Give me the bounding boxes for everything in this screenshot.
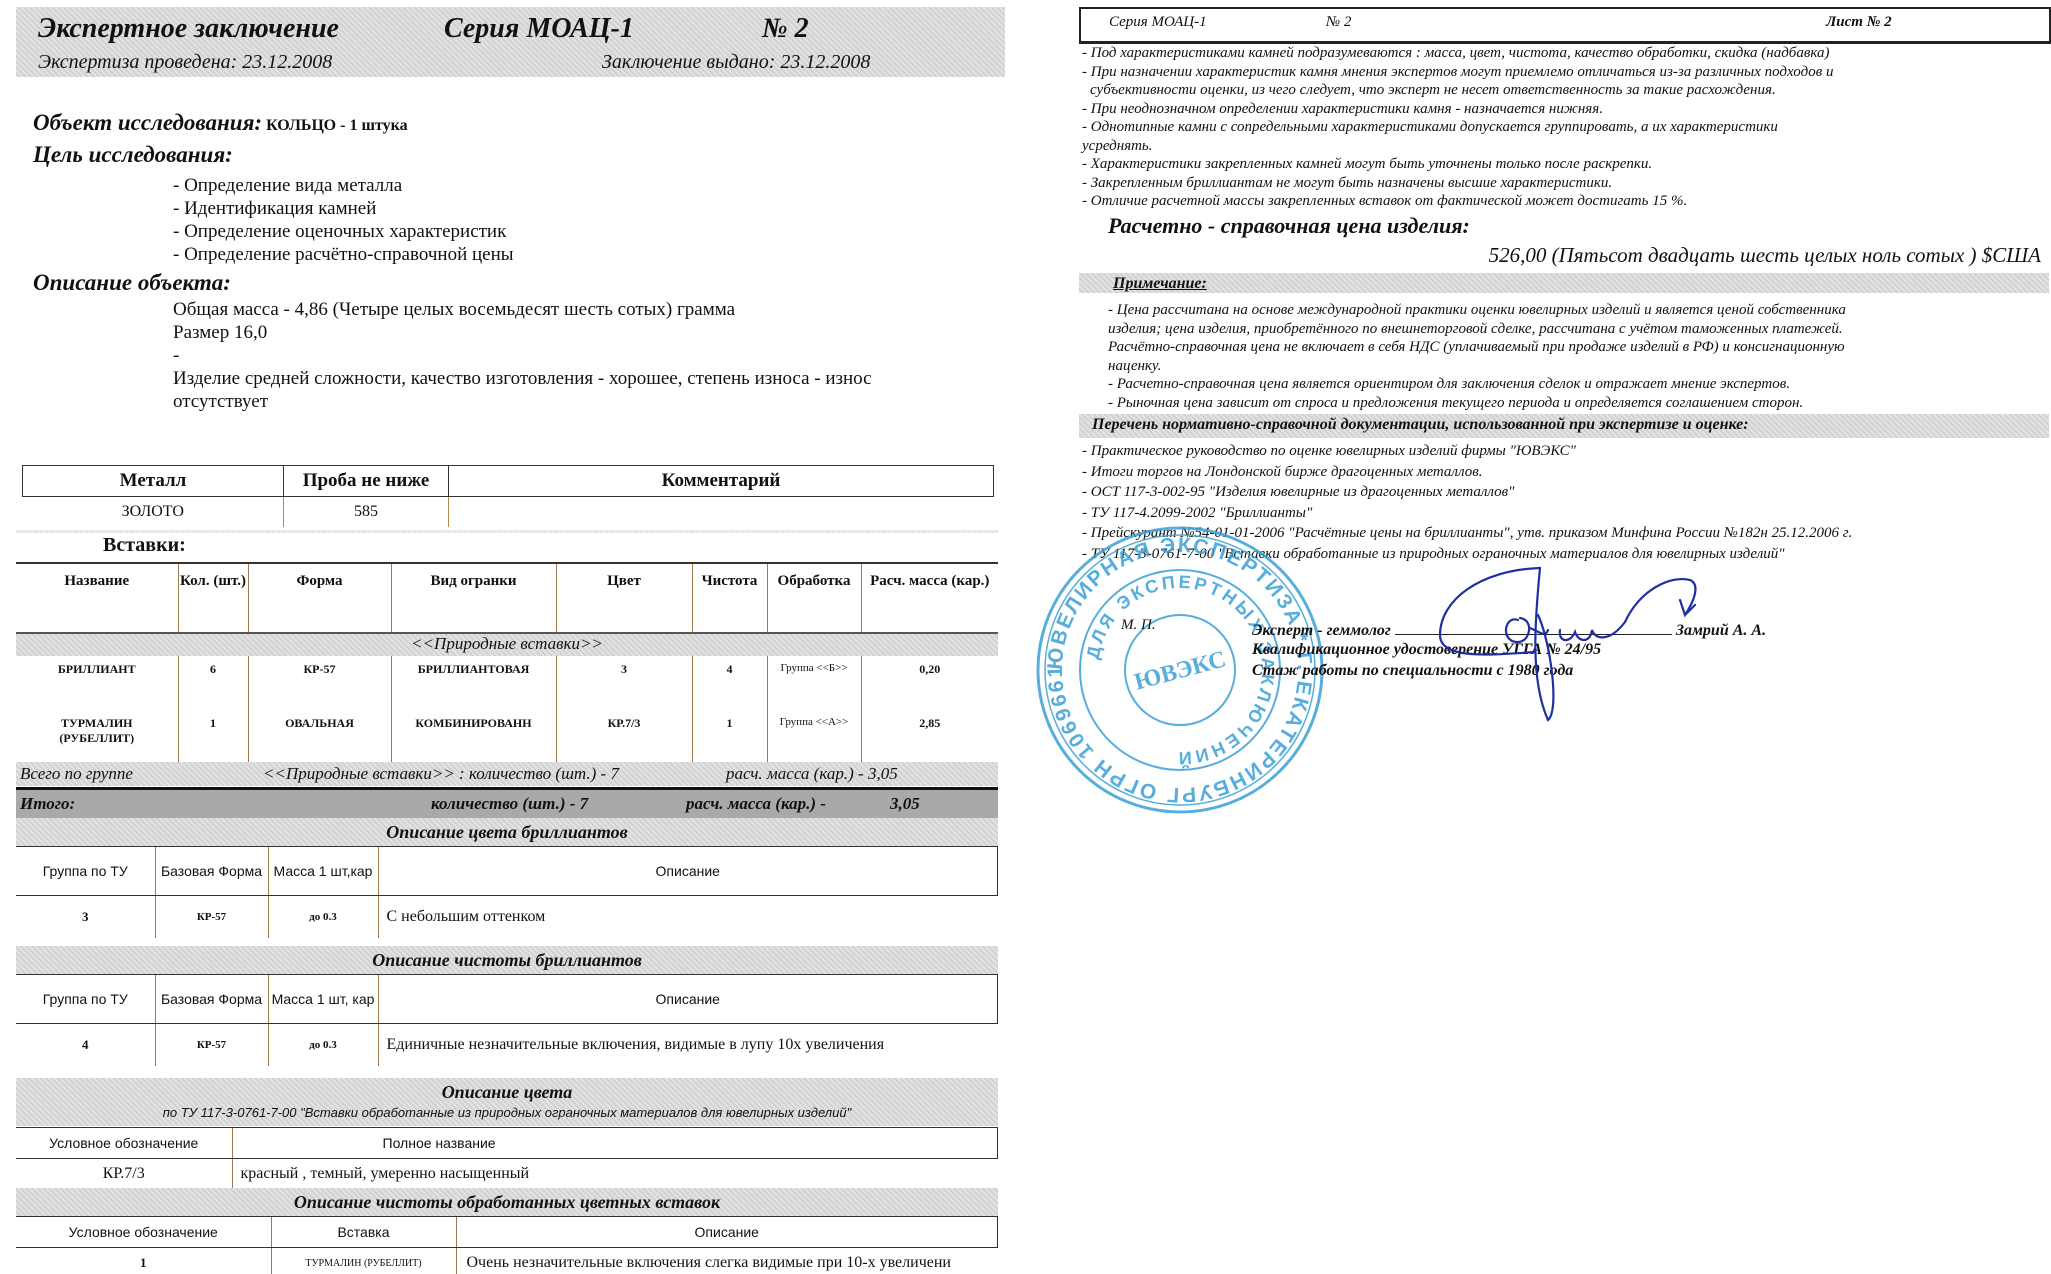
colored-clarity-table: Условное обозначение Вставка Описание 1 … — [16, 1216, 998, 1274]
purpose-label: Цель исследования: — [33, 142, 233, 168]
table-row: КР.7/3 красный , темный, умеренно насыще… — [16, 1159, 998, 1190]
cell-qty: 6 — [178, 656, 248, 710]
diamond-clarity-table: Группа по ТУ Базовая Форма Масса 1 шт, к… — [16, 974, 998, 1066]
header-full-name: Полное название — [232, 1128, 998, 1159]
color-desc-header: Описание цвета по ТУ 117-3-0761-7-00 "Вс… — [16, 1078, 998, 1126]
colored-clarity-title: Описание чистоты обработанных цветных вс… — [16, 1188, 998, 1216]
reference-item: - Практическое руководство по оценке юве… — [1082, 441, 2047, 462]
description-lines: Общая масса - 4,86 (Четыре целых восемьд… — [173, 298, 872, 413]
remark-line: Расчётно-справочная цена не включает в с… — [1108, 338, 2038, 357]
purpose-list: - Определение вида металла - Идентификац… — [173, 174, 514, 266]
divider — [16, 530, 998, 533]
total-row: Итого: количество (шт.) - 7 расч. масса … — [16, 787, 998, 822]
metal-table: Металл Проба не ниже Комментарий ЗОЛОТО … — [22, 465, 994, 527]
remark-line: изделия; цена изделия, приобретённого по… — [1108, 320, 2038, 339]
group-label: <<Природные вставки>> — [16, 633, 998, 656]
inserts-table: Название Кол. (шт.) Форма Вид огранки Цв… — [16, 562, 998, 764]
header-mass: Расч. масса (кар.) — [861, 563, 998, 633]
sheet-page: Лист № 2 — [1826, 14, 1892, 31]
header-code: Условное обозначение — [16, 1128, 232, 1159]
description-line: Размер 16,0 — [173, 321, 872, 344]
header-shape: Форма — [248, 563, 391, 633]
reference-item: - Итоги торгов на Лондонской бирже драго… — [1082, 462, 2047, 483]
references-label: Перечень нормативно-справочной документа… — [1092, 416, 1749, 434]
color-desc-title: Описание цвета — [16, 1082, 998, 1103]
header-code: Условное обозначение — [16, 1217, 271, 1248]
header-qty: Кол. (шт.) — [178, 563, 248, 633]
header-description: Описание — [378, 975, 998, 1024]
note-item: субъективности оценки, из чего следует, … — [1082, 81, 2047, 100]
cell-mass: 0,20 — [861, 656, 998, 710]
note-item: - Под характеристиками камней подразумев… — [1082, 44, 2047, 63]
diamond-color-title: Описание цвета бриллиантов — [16, 818, 998, 846]
note-item: - Характеристики закрепленных камней мог… — [1082, 155, 2047, 174]
expert-role: Эксперт - геммолог — [1252, 622, 1391, 639]
header-processing: Обработка — [767, 563, 861, 633]
cell-color: КР.7/3 — [556, 710, 692, 764]
total-mass-value: 3,05 — [890, 794, 920, 814]
handwritten-signature-icon — [1420, 560, 1740, 730]
total-qty: количество (шт.) - 7 — [431, 794, 588, 814]
description-line: - — [173, 344, 872, 367]
cell-clarity: 4 — [692, 656, 767, 710]
cell-color: 3 — [556, 656, 692, 710]
total-label: Итого: — [20, 794, 75, 814]
cell-full-name: красный , темный, умеренно насыщенный — [232, 1159, 998, 1190]
object-section: Объект исследования: КОЛЬЦО - 1 штука — [33, 110, 408, 136]
table-row: 1 ТУРМАЛИН (РУБЕЛЛИТ) Очень незначительн… — [16, 1248, 998, 1274]
stamp-placeholder-label: М. П. — [1121, 617, 1156, 634]
color-desc-subtitle: по ТУ 117-3-0761-7-00 "Вставки обработан… — [16, 1105, 998, 1120]
object-label: Объект исследования: — [33, 110, 262, 135]
cell-processing: Группа <<Б>> — [767, 656, 861, 710]
examination-date: Экспертиза проведена: 23.12.2008 — [38, 51, 332, 74]
cell-mass: до 0.3 — [268, 1024, 378, 1067]
cell-shape: КР-57 — [248, 656, 391, 710]
document-title: Экспертное заключение — [38, 13, 339, 45]
svg-text:ЮВЭКС: ЮВЭКС — [1132, 646, 1229, 695]
cell-shape: ОВАЛЬНАЯ — [248, 710, 391, 764]
references-header: Перечень нормативно-справочной документа… — [1079, 414, 2049, 438]
price-value: 526,00 (Пятьсот двадцать шесть целых нол… — [1489, 243, 2041, 268]
cell-base-shape: КР-57 — [155, 896, 268, 939]
description-line: отсутствует — [173, 390, 872, 413]
certificate-header: Экспертное заключение Серия МОАЦ-1 № 2 Э… — [16, 7, 1005, 77]
cell-processing: Группа <<А>> — [767, 710, 861, 764]
color-desc-table: Условное обозначение Полное название КР.… — [16, 1127, 998, 1189]
diamond-clarity-title: Описание чистоты бриллиантов — [16, 946, 998, 974]
note-item: - При назначении характеристик камня мне… — [1082, 63, 2047, 82]
sheet-number: № 2 — [1326, 14, 1351, 31]
assay-value: 585 — [284, 497, 449, 528]
cell-cut: КОМБИНИРОВАНН — [391, 710, 556, 764]
cell-description: С небольшим оттенком — [378, 896, 998, 939]
table-row: ЗОЛОТО 585 — [23, 497, 994, 528]
header-comment: Комментарий — [449, 466, 994, 497]
cell-qty: 1 — [178, 710, 248, 764]
reference-item: - ОСТ 117-3-002-95 "Изделия ювелирные из… — [1082, 482, 2047, 503]
note-item: - Однотипные камни с сопредельными харак… — [1082, 118, 2047, 137]
header-color: Цвет — [556, 563, 692, 633]
header-group: Группа по ТУ — [16, 847, 155, 896]
description-label: Описание объекта: — [33, 270, 231, 296]
header-cut: Вид огранки — [391, 563, 556, 633]
header-mass: Масса 1 шт, кар — [268, 975, 378, 1024]
cell-insert: ТУРМАЛИН (РУБЕЛЛИТ) — [271, 1248, 456, 1274]
header-assay: Проба не ниже — [284, 466, 449, 497]
cell-code: КР.7/3 — [16, 1159, 232, 1190]
header-metal: Металл — [23, 466, 284, 497]
purpose-item: - Идентификация камней — [173, 197, 514, 220]
cell-cut: БРИЛЛИАНТОВАЯ — [391, 656, 556, 710]
cell-name: БРИЛЛИАНТ — [16, 656, 178, 710]
diamond-color-table: Группа по ТУ Базовая Форма Масса 1 шт,ка… — [16, 846, 998, 938]
header-insert: Вставка — [271, 1217, 456, 1248]
notes-list: - Под характеристиками камней подразумев… — [1082, 44, 2047, 211]
header-description: Описание — [456, 1217, 998, 1248]
note-item: - При неоднозначном определении характер… — [1082, 100, 2047, 119]
header-group: Группа по ТУ — [16, 975, 155, 1024]
remark-header-bg — [1079, 273, 2049, 293]
remark-line: - Цена рассчитана на основе международно… — [1108, 301, 2038, 320]
remark-lines: - Цена рассчитана на основе международно… — [1108, 301, 2038, 412]
cell-group: 3 — [16, 896, 155, 939]
group-total-mass: расч. масса (кар.) - 3,05 — [726, 764, 898, 784]
header-clarity: Чистота — [692, 563, 767, 633]
group-total-qty: <<Природные вставки>> : количество (шт.)… — [263, 764, 619, 784]
note-item: - Закрепленным бриллиантам не могут быть… — [1082, 174, 2047, 193]
issue-date: Заключение выдано: 23.12.2008 — [602, 51, 870, 74]
sheet-header: Серия МОАЦ-1 № 2 Лист № 2 — [1079, 7, 2051, 44]
header-mass: Масса 1 шт,кар — [268, 847, 378, 896]
table-row: 3 КР-57 до 0.3 С небольшим оттенком — [16, 896, 998, 939]
document-number: № 2 — [762, 13, 809, 45]
group-total-row: Всего по группе <<Природные вставки>> : … — [16, 762, 998, 786]
cell-group: 4 — [16, 1024, 155, 1067]
purpose-item: - Определение расчётно-справочной цены — [173, 243, 514, 266]
note-item: - Отличие расчетной массы закрепленных в… — [1082, 192, 2047, 211]
cell-clarity: 1 — [692, 710, 767, 764]
header-name: Название — [16, 563, 178, 633]
cell-name: ТУРМАЛИН (РУБЕЛЛИТ) — [16, 710, 178, 764]
cell-mass: 2,85 — [861, 710, 998, 764]
object-value: КОЛЬЦО - 1 штука — [266, 117, 408, 134]
remark-line: - Расчетно-справочная цена является орие… — [1108, 375, 2038, 394]
header-base-shape: Базовая Форма — [155, 975, 268, 1024]
total-mass-label: расч. масса (кар.) - — [686, 794, 826, 814]
series-label: Серия МОАЦ-1 — [444, 13, 634, 45]
remark-line: наценку. — [1108, 357, 2038, 376]
inserts-label: Вставки: — [103, 534, 186, 557]
comment-value — [449, 497, 994, 528]
table-row: ТУРМАЛИН (РУБЕЛЛИТ) 1 ОВАЛЬНАЯ КОМБИНИРО… — [16, 710, 998, 764]
header-description: Описание — [378, 847, 998, 896]
cell-base-shape: КР-57 — [155, 1024, 268, 1067]
metal-value: ЗОЛОТО — [23, 497, 284, 528]
group-total-label: Всего по группе — [20, 764, 133, 784]
cell-code: 1 — [16, 1248, 271, 1274]
description-line: Изделие средней сложности, качество изго… — [173, 367, 872, 390]
cell-description: Единичные незначительные включения, види… — [378, 1024, 998, 1067]
remark-label: Примечание: — [1113, 275, 1207, 293]
header-base-shape: Базовая Форма — [155, 847, 268, 896]
cell-mass: до 0.3 — [268, 896, 378, 939]
note-item: усреднять. — [1082, 137, 2047, 156]
sheet-series: Серия МОАЦ-1 — [1109, 14, 1207, 31]
table-row: 4 КР-57 до 0.3 Единичные незначительные … — [16, 1024, 998, 1067]
description-line: Общая масса - 4,86 (Четыре целых восемьд… — [173, 298, 872, 321]
purpose-item: - Определение вида металла — [173, 174, 514, 197]
remark-line: - Рыночная цена зависит от спроса и пред… — [1108, 394, 2038, 413]
table-row: БРИЛЛИАНТ 6 КР-57 БРИЛЛИАНТОВАЯ 3 4 Груп… — [16, 656, 998, 710]
cell-description: Очень незначительные включения слегка ви… — [456, 1248, 998, 1274]
purpose-item: - Определение оценочных характеристик — [173, 220, 514, 243]
price-label: Расчетно - справочная цена изделия: — [1108, 213, 1470, 239]
